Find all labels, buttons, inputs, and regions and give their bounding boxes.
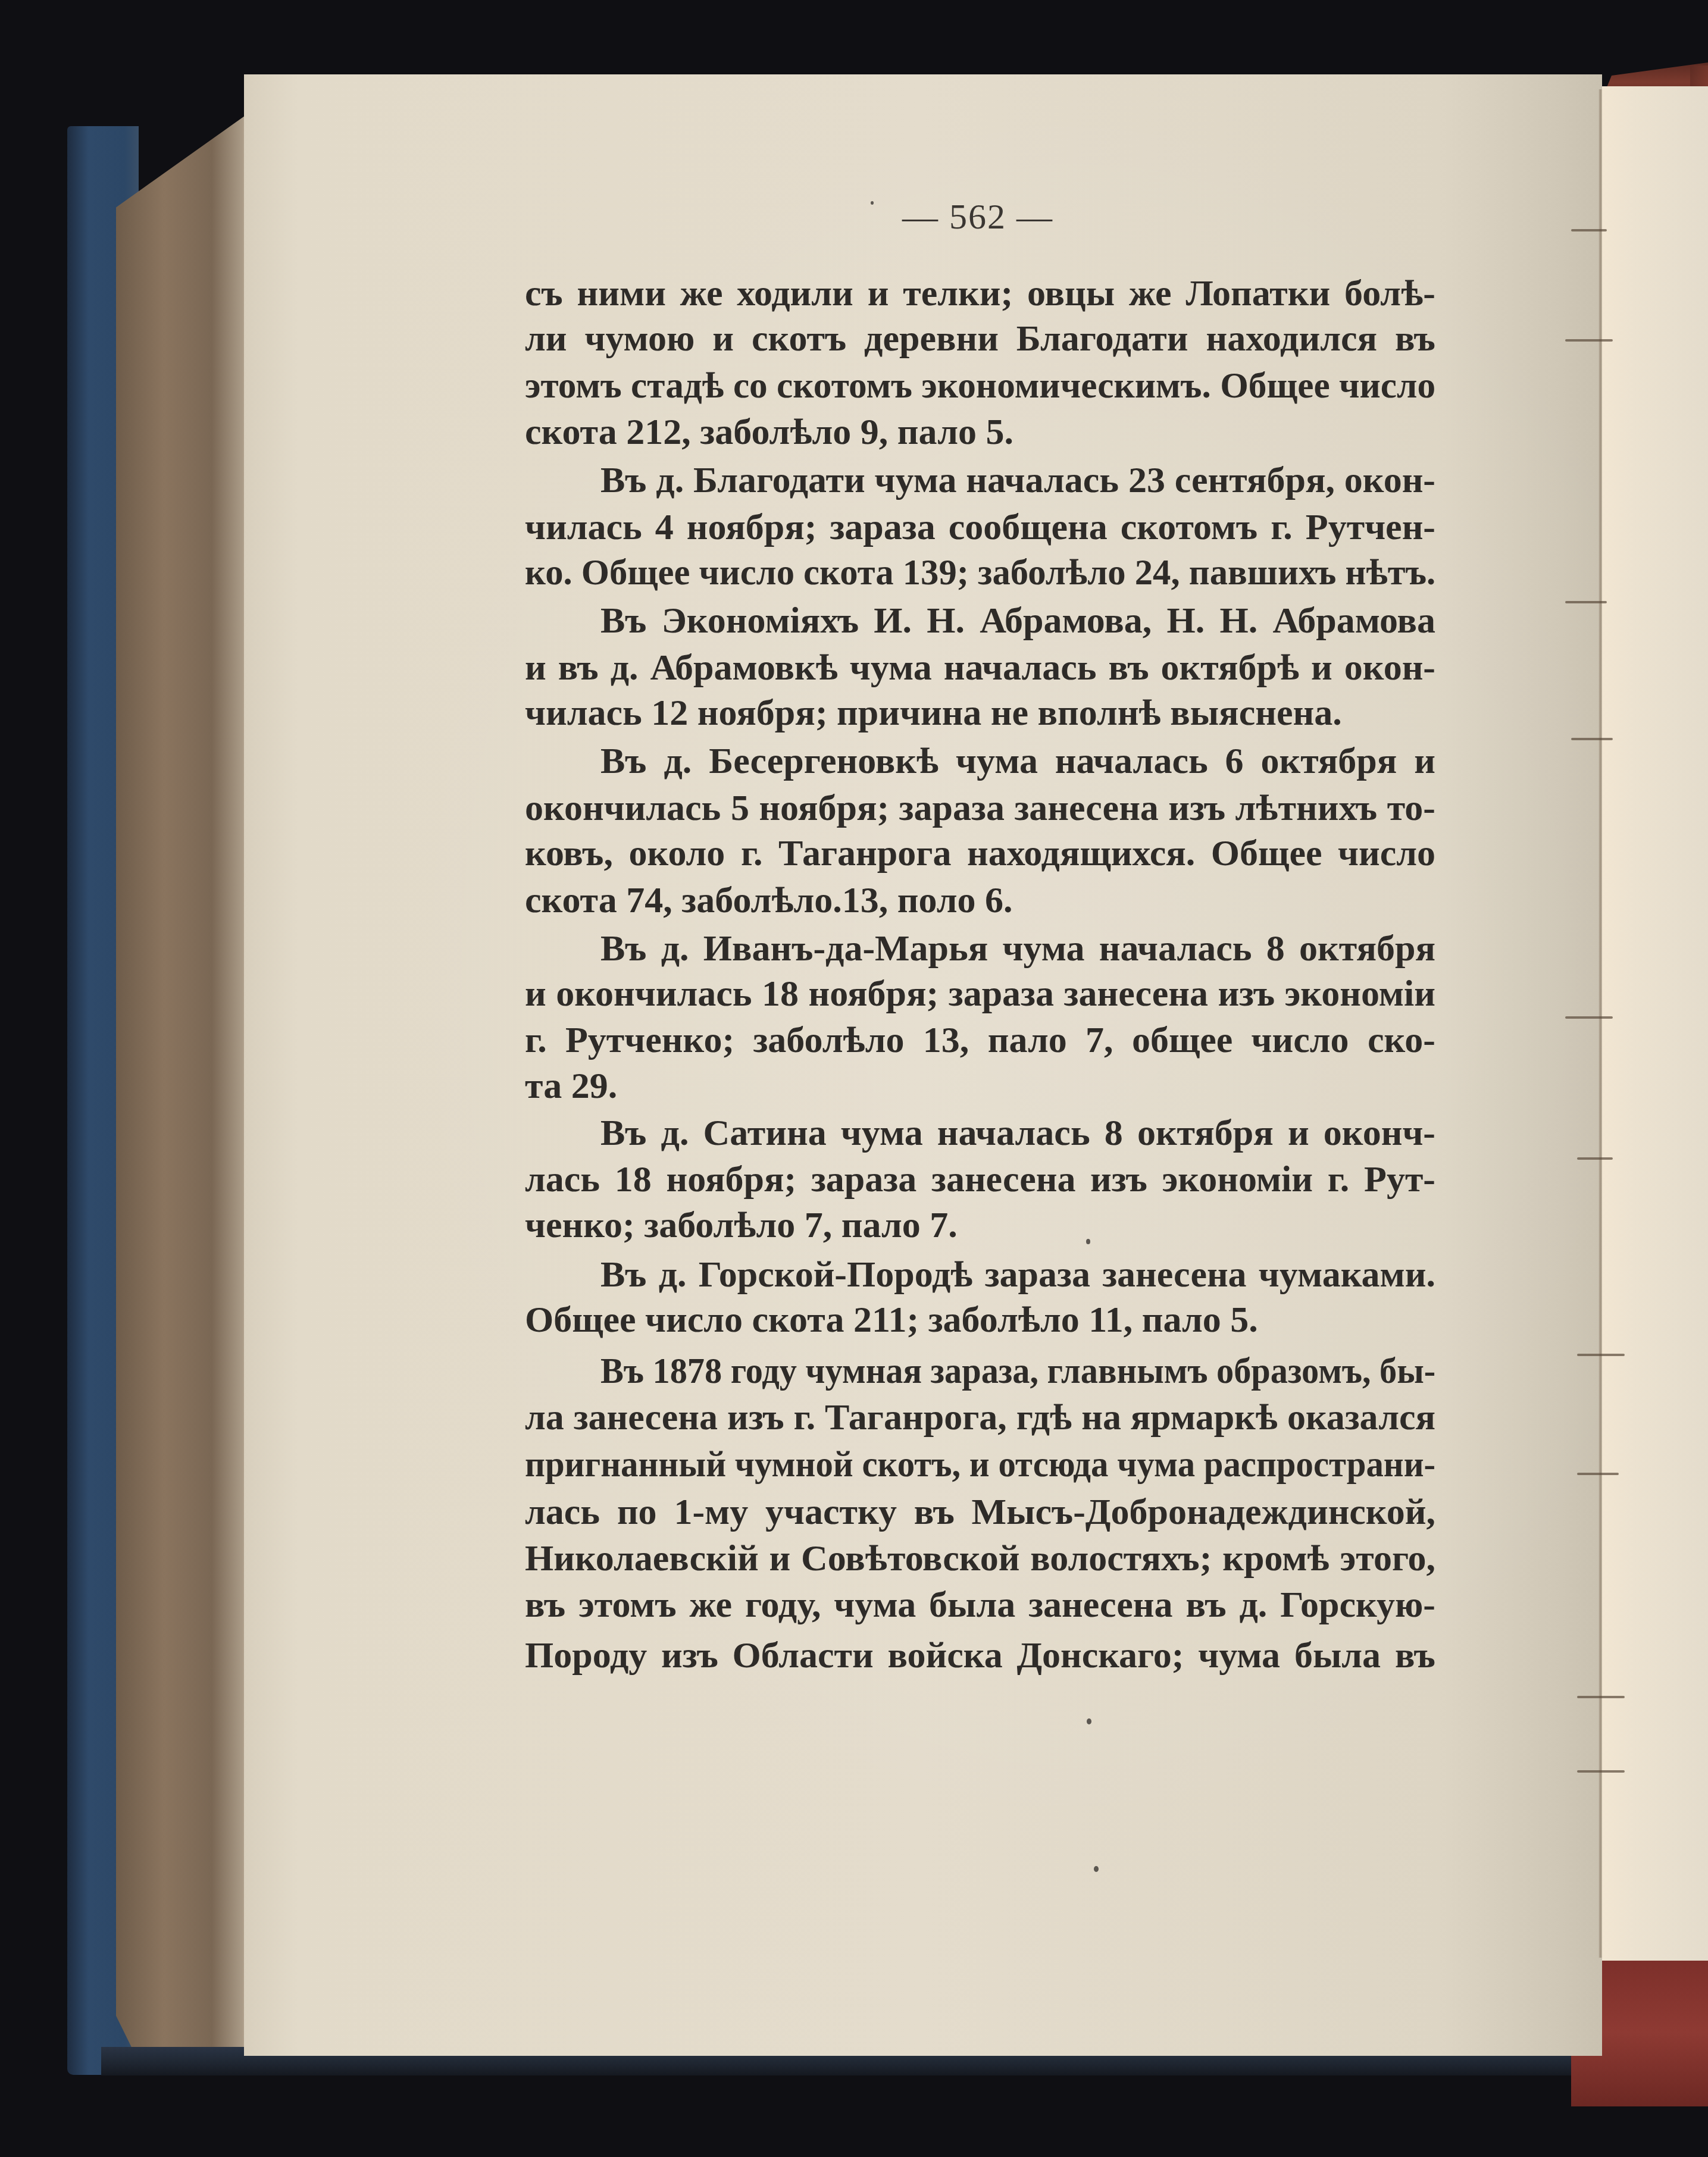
- text-line: Общее число скота 211; заболѣло 11, пало…: [525, 1301, 1435, 1338]
- binding-stitch: [1577, 1354, 1625, 1356]
- text-line: въ этомъ же году, чума была занесена въ …: [525, 1586, 1435, 1623]
- text-line: скота 74, заболѣло.13, поло 6.: [525, 882, 1435, 919]
- text-line: ла занесена изъ г. Таганрога, гдѣ на ярм…: [525, 1399, 1435, 1436]
- text-line: чилась 4 ноября; зараза сообщена скотомъ…: [525, 509, 1435, 546]
- binding-stitch: [1565, 601, 1607, 603]
- text-line: ко. Общее число скота 139; заболѣло 24, …: [525, 554, 1435, 591]
- adjacent-page-edge: [1602, 86, 1708, 1961]
- text-line: и окончилась 18 ноября; зараза занесена …: [525, 975, 1435, 1012]
- text-line: г. Рутченко; заболѣло 13, пало 7, общее …: [525, 1022, 1435, 1059]
- text-line: окончилась 5 ноября; зараза занесена изъ…: [525, 790, 1435, 827]
- binding-stitch: [1565, 1016, 1613, 1019]
- binding-stitch: [1577, 1473, 1619, 1475]
- text-line: ли чумою и скотъ деревни Благодати наход…: [525, 320, 1435, 357]
- ink-speck: [871, 201, 874, 205]
- text-line: чилась 12 ноября; причина не вполнѣ выяс…: [525, 694, 1435, 731]
- text-line: ковъ, около г. Таганрога находящихся. Об…: [525, 835, 1435, 872]
- paragraph-first-line: Въ д. Сатина чума началась 8 октября и о…: [600, 1114, 1435, 1151]
- ink-speck: [1087, 1718, 1091, 1724]
- binding-stitch: [1577, 1770, 1625, 1773]
- page-number: — 562 —: [889, 196, 1067, 237]
- text-line: съ ними же ходили и телки; овцы же Лопат…: [525, 275, 1435, 312]
- binding-stitch: [1577, 1696, 1625, 1698]
- text-line: Породу изъ Области войска Донскаго; чума…: [525, 1637, 1435, 1674]
- ink-speck: [1086, 1239, 1090, 1244]
- page-block-edge: [116, 110, 253, 2055]
- paragraph-first-line: Въ 1878 году чумная зараза, главнымъ обр…: [600, 1353, 1435, 1389]
- text-line: лась по 1-му участку въ Мысъ-Добронадежд…: [525, 1494, 1435, 1530]
- paragraph-first-line: Въ д. Иванъ-да-Марья чума началась 8 окт…: [600, 930, 1435, 967]
- paragraph-first-line: Въ д. Благодати чума началась 23 сентябр…: [600, 462, 1435, 499]
- text-line: Николаевскій и Совѣтовской волостяхъ; кр…: [525, 1540, 1435, 1577]
- binding-stitch: [1577, 1157, 1613, 1160]
- binding-stitch: [1565, 339, 1613, 342]
- text-line: скота 212, заболѣло 9, пало 5.: [525, 414, 1435, 450]
- binding-stitch: [1571, 738, 1613, 740]
- paragraph-first-line: Въ Экономіяхъ И. Н. Абрамова, Н. Н. Абра…: [600, 602, 1435, 639]
- paragraph-first-line: Въ д. Горской-Породѣ зараза занесена чум…: [600, 1256, 1435, 1293]
- paragraph-first-line: Въ д. Бесергеновкѣ чума началась 6 октяб…: [600, 743, 1435, 779]
- text-line: пригнанный чумной скотъ, и отсюда чума р…: [525, 1446, 1435, 1483]
- text-line: ченко; заболѣло 7, пало 7.: [525, 1207, 1435, 1244]
- text-line: лась 18 ноября; зараза занесена изъ экон…: [525, 1161, 1435, 1198]
- page-gutter: [1598, 89, 1602, 1958]
- binding-stitch: [1571, 229, 1607, 231]
- ink-speck: [1094, 1866, 1099, 1872]
- text-line: этомъ стадѣ со скотомъ экономическимъ. О…: [525, 367, 1435, 404]
- text-line: та 29.: [525, 1067, 1435, 1104]
- text-line: и въ д. Абрамовкѣ чума началась въ октяб…: [525, 649, 1435, 686]
